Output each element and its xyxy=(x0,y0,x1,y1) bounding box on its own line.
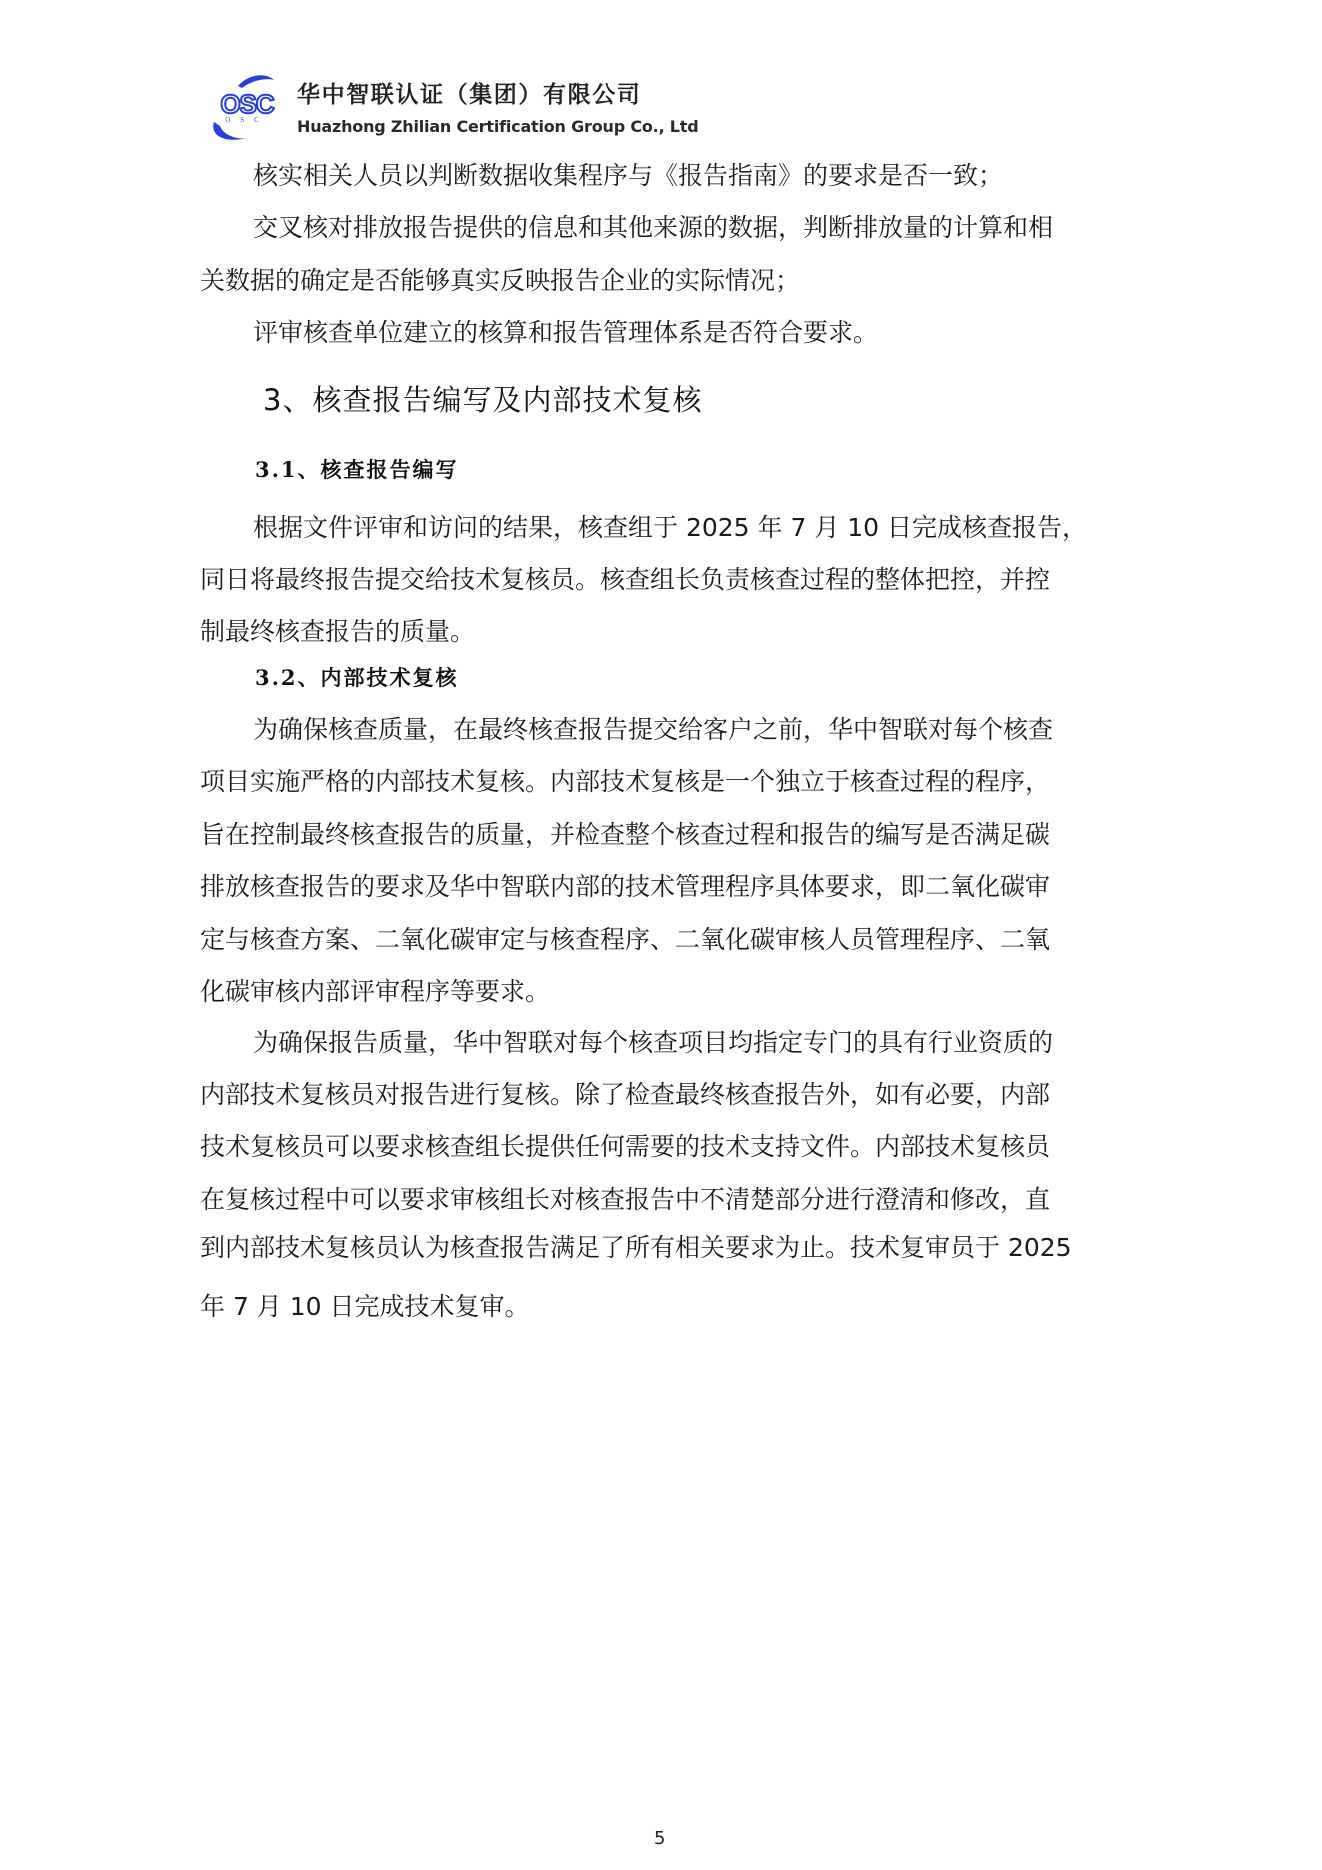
text-line: 定与核查方案、二氧化碳审定与核查程序、二氧化碳审核人员管理程序、二氧 xyxy=(200,925,1050,955)
text-line: 在复核过程中可以要求审核组长对核查报告中不清楚部分进行澄清和修改，直 xyxy=(200,1185,1050,1215)
osc-logo-icon: OSC OSC xyxy=(208,70,286,146)
text-line: 技术复核员可以要求核查组长提供任何需要的技术支持文件。内部技术复核员 xyxy=(200,1132,1050,1162)
text-line: 根据文件评审和访问的结果，核查组于 2025 年 7 月 10 日完成核查报告， xyxy=(253,513,1087,543)
text-line: 为确保报告质量，华中智联对每个核查项目均指定专门的具有行业资质的 xyxy=(253,1028,1053,1058)
text-line: 关数据的确定是否能够真实反映报告企业的实际情况； xyxy=(200,266,800,296)
company-logo: OSC OSC xyxy=(208,70,286,146)
text-line: 排放核查报告的要求及华中智联内部的技术管理程序具体要求，即二氧化碳审 xyxy=(200,872,1050,902)
text-line: 到内部技术复核员认为核查报告满足了所有相关要求为止。技术复审员于 2025 xyxy=(200,1233,1072,1263)
page-number: 5 xyxy=(654,1828,665,1849)
text-line: 年 7 月 10 日完成技术复审。 xyxy=(200,1292,530,1322)
text-line: 为确保核查质量，在最终核查报告提交给客户之前，华中智联对每个核查 xyxy=(253,715,1053,745)
text-line: 评审核查单位建立的核算和报告管理体系是否符合要求。 xyxy=(253,318,878,348)
text-line: 核实相关人员以判断数据收集程序与《报告指南》的要求是否一致； xyxy=(253,161,1003,191)
text-line: 内部技术复核员对报告进行复核。除了检查最终核查报告外，如有必要，内部 xyxy=(200,1080,1050,1110)
company-name-cn: 华中智联认证（集团）有限公司 xyxy=(297,76,641,109)
text-line: 旨在控制最终核查报告的质量，并检查整个核查过程和报告的编写是否满足碳 xyxy=(200,820,1050,850)
subsection-heading: 3.2、内部技术复核 xyxy=(255,664,459,692)
text-line: 交叉核对排放报告提供的信息和其他来源的数据，判断排放量的计算和相 xyxy=(253,213,1053,243)
section-heading: 3、核查报告编写及内部技术复核 xyxy=(263,382,702,418)
text-line: 化碳审核内部评审程序等要求。 xyxy=(200,977,550,1007)
text-line: 制最终核查报告的质量。 xyxy=(200,617,475,647)
svg-text:OSC: OSC xyxy=(220,89,275,119)
text-line: 项目实施严格的内部技术复核。内部技术复核是一个独立于核查过程的程序， xyxy=(200,767,1050,797)
svg-text:OSC: OSC xyxy=(225,116,269,124)
text-line: 同日将最终报告提交给技术复核员。核查组长负责核查过程的整体把控，并控 xyxy=(200,565,1050,595)
company-name-en: Huazhong Zhilian Certification Group Co.… xyxy=(297,117,699,136)
subsection-heading: 3.1、核查报告编写 xyxy=(255,456,459,484)
